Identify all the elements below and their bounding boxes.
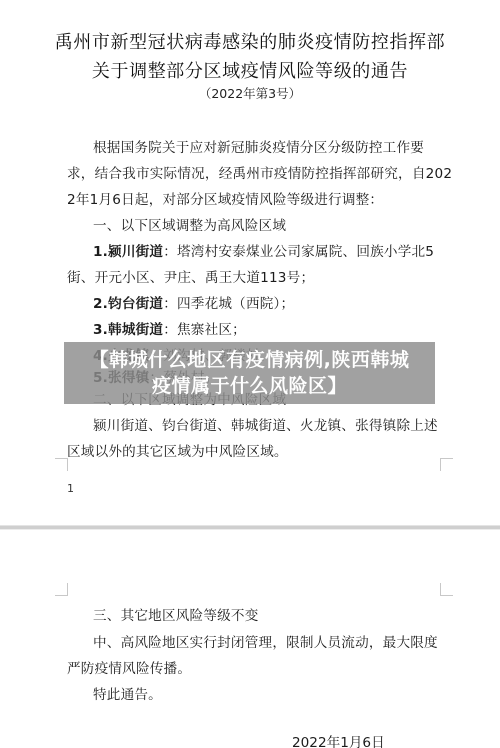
item-label: 1.颍川街道 (93, 244, 163, 260)
document-date: 2022年1月6日 (292, 731, 385, 748)
intro-line-3: 2年1月6日起，对部分区域疫情风险等级进行调整： (67, 188, 383, 208)
margin-corner-mark (55, 458, 68, 471)
margin-corner-mark (440, 458, 453, 471)
high-risk-item-1-continuation: 街、开元小区、尹庄、禹王大道113号； (67, 266, 314, 286)
document-title-line-1: 禹州市新型冠状病毒感染的肺炎疫情防控指挥部 (0, 28, 500, 54)
document-title-line-2: 关于调整部分区域疫情风险等级的通告 (0, 57, 500, 83)
high-risk-item-1: 1.颍川街道：塔湾村安泰煤业公司家属院、回族小学北5 (93, 240, 434, 260)
item-text: ：塔湾村安泰煤业公司家属院、回族小学北5 (163, 244, 434, 260)
document-number: （2022年第3号） (0, 84, 500, 102)
high-risk-item-3: 3.韩城街道：焦寨社区； (93, 318, 246, 338)
margin-corner-mark (55, 583, 68, 596)
section3-body-line-1: 中、高风险地区实行封闭管理，限制人员流动，最大限度 (93, 631, 438, 651)
item-label: 3.韩城街道 (93, 322, 163, 338)
section3-body-line-2: 严防疫情风险传播。 (67, 657, 191, 677)
section2-body-line-2: 区域以外的其它区域为中风险区域。 (67, 440, 288, 460)
item-text: ：四季花城（西院）； (163, 296, 294, 312)
overlay-title-banner: 【韩城什么地区有疫情病例,陕西韩城 疫情属于什么风险区】 (64, 342, 435, 404)
section3-heading: 三、其它地区风险等级不变 (93, 604, 259, 624)
banner-line-1: 【韩城什么地区有疫情病例,陕西韩城 (64, 347, 435, 373)
banner-line-2: 疫情属于什么风险区】 (64, 373, 435, 399)
item-label: 2.钧台街道 (93, 296, 163, 312)
high-risk-item-2: 2.钧台街道：四季花城（西院）； (93, 292, 294, 312)
closing-statement: 特此通告。 (93, 683, 162, 703)
item-text: ：焦寨社区； (163, 322, 246, 338)
page-number: 1 (67, 482, 74, 495)
section1-heading: 一、以下区域调整为高风险区域 (93, 214, 286, 234)
section2-body-line-1: 颍川街道、钧台街道、韩城街道、火龙镇、张得镇除上述 (93, 414, 438, 434)
intro-line-1: 根据国务院关于应对新冠肺炎疫情分区分级防控工作要 (93, 136, 424, 156)
intro-line-2: 求，结合我市实际情况，经禹州市疫情防控指挥部研究，自202 (67, 162, 452, 182)
margin-corner-mark (440, 583, 453, 596)
